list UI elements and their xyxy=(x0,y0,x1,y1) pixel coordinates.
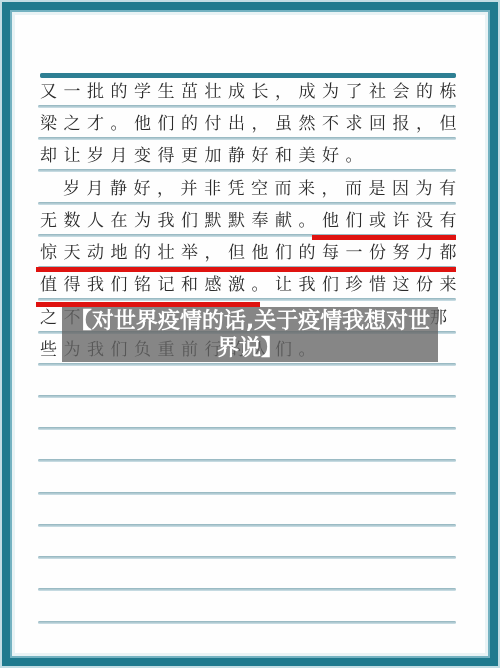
ruled-line xyxy=(38,395,456,398)
ruled-line xyxy=(38,105,456,108)
ruled-line xyxy=(38,492,456,495)
ruled-line xyxy=(38,202,456,205)
ruled-line xyxy=(38,556,456,559)
handwriting-line-3: 却让岁月变得更加静好和美好。 xyxy=(40,145,369,167)
notebook-page: 又一批的学生茁壮成长，成为了社会的栋 梁之才。他们的付出，虽然不求回报，但 却让… xyxy=(0,0,500,668)
ruled-line xyxy=(38,621,456,624)
handwriting-line-7: 值得我们铭记和感激。让我们珍惜这份来 xyxy=(40,274,463,296)
handwriting-line-4: 岁月静好，并非凭空而来，而是因为有 xyxy=(40,178,463,200)
caption-text-line-1: 【对世界疫情的话,关于疫情我想对世 xyxy=(70,308,430,335)
red-underline-1 xyxy=(312,235,456,240)
ruled-line xyxy=(38,588,456,591)
ruled-line xyxy=(38,427,456,430)
ruled-line xyxy=(38,169,456,172)
handwriting-line-6: 惊天动地的壮举，但他们的每一份努力都 xyxy=(40,242,463,264)
caption-overlay: 【对世界疫情的话,关于疫情我想对世 界说】 xyxy=(62,307,438,362)
header-rule-line xyxy=(40,73,456,78)
caption-text-line-2: 界说】 xyxy=(217,335,283,362)
handwriting-line-2: 梁之才。他们的付出，虽然不求回报，但 xyxy=(40,113,463,135)
handwriting-line-5: 无数人在为我们默默奉献。他们或许没有 xyxy=(40,210,463,232)
ruled-line xyxy=(38,524,456,527)
ruled-line xyxy=(38,459,456,462)
ruled-line xyxy=(38,298,456,301)
ruled-line xyxy=(38,137,456,140)
ruled-line xyxy=(38,363,456,366)
handwriting-line-1: 又一批的学生茁壮成长，成为了社会的栋 xyxy=(40,81,463,103)
red-underline-2 xyxy=(36,267,456,272)
